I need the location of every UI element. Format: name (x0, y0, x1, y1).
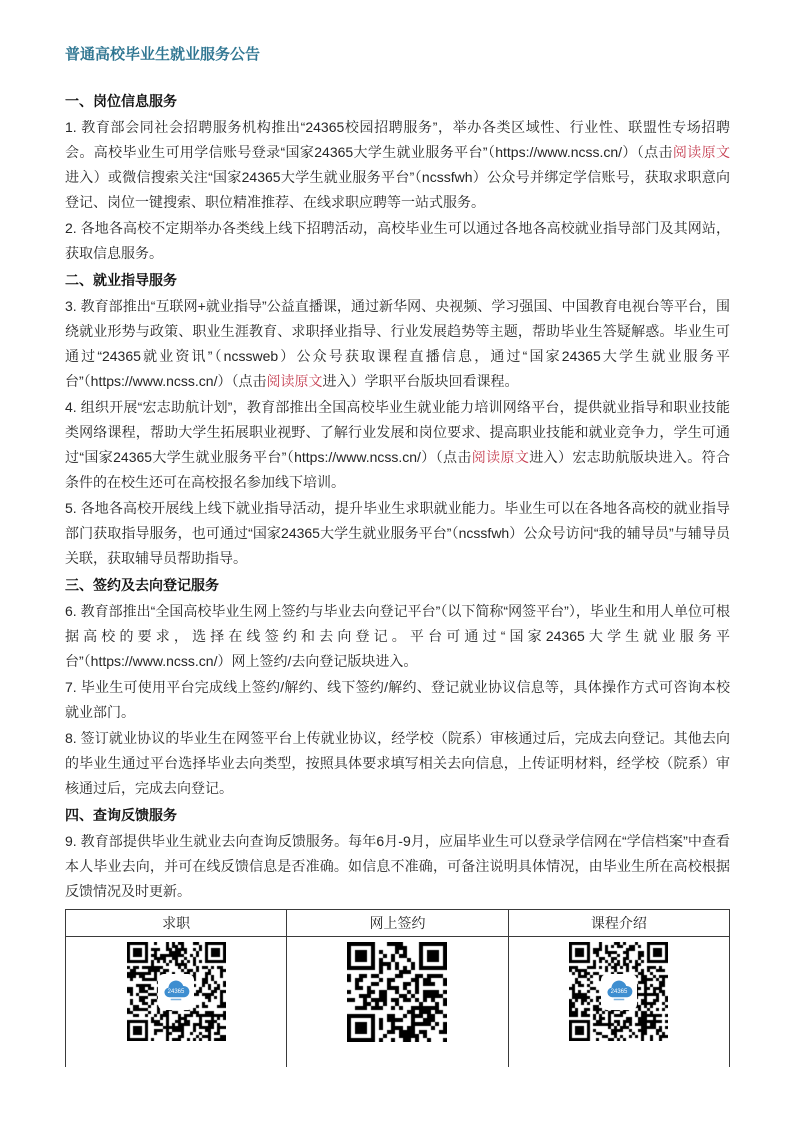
text-run: 2. 各地各高校不定期举办各类线上线下招聘活动，高校毕业生可以通过各地各高校就业… (65, 220, 730, 261)
qr-table: 求职网上签约课程介绍 2436524365 (65, 909, 730, 1067)
qr-table-header-online-signing: 网上签约 (287, 910, 508, 937)
qr-table-body: 2436524365 (66, 937, 730, 1068)
qr-table-header-row: 求职网上签约课程介绍 (66, 910, 730, 937)
paragraph: 6. 教育部推出“全国高校毕业生网上签约与毕业去向登记平台”（以下简称“网签平台… (65, 599, 730, 674)
qr-code-course-intro: 24365 (569, 942, 668, 1041)
section-heading: 一、岗位信息服务 (65, 89, 730, 114)
read-original-link[interactable]: 阅读原文 (472, 449, 529, 465)
paragraph: 9. 教育部提供毕业生就业去向查询反馈服务。每年6月-9月，应届毕业生可以登录学… (65, 829, 730, 904)
section-heading: 四、查询反馈服务 (65, 803, 730, 828)
logo-24365-cloud-icon: 24365 (601, 974, 637, 1010)
paragraph: 7. 毕业生可使用平台完成线上签约/解约、线下签约/解约、登记就业协议信息等，具… (65, 675, 730, 725)
read-original-link[interactable]: 阅读原文 (266, 373, 322, 389)
text-run: 9. 教育部提供毕业生就业去向查询反馈服务。每年6月-9月，应届毕业生可以登录学… (65, 833, 730, 899)
qr-table-head: 求职网上签约课程介绍 (66, 910, 730, 937)
logo-24365-cloud-icon: 24365 (158, 974, 194, 1010)
text-run: 进入）或微信搜索关注“国家24365大学生就业服务平台”（ncssfwh）公众号… (65, 169, 730, 210)
qr-cell-job-seeking: 24365 (66, 937, 287, 1068)
qr-code-job-seeking: 24365 (127, 942, 226, 1041)
paragraph: 3. 教育部推出“互联网+就业指导”公益直播课，通过新华网、央视频、学习强国、中… (65, 294, 730, 394)
document-body: 一、岗位信息服务1. 教育部会同社会招聘服务机构推出“24365校园招聘服务”，… (65, 89, 730, 904)
text-run: 1. 教育部会同社会招聘服务机构推出“24365校园招聘服务”，举办各类区域性、… (65, 119, 730, 160)
text-run: 6. 教育部推出“全国高校毕业生网上签约与毕业去向登记平台”（以下简称“网签平台… (65, 603, 730, 669)
document-page: 普通高校毕业生就业服务公告 一、岗位信息服务1. 教育部会同社会招聘服务机构推出… (0, 0, 794, 1123)
text-run: 5. 各地各高校开展线上线下就业指导活动，提升毕业生求职就业能力。毕业生可以在各… (65, 500, 730, 566)
qr-cell-online-signing (287, 937, 508, 1068)
paragraph: 8. 签订就业协议的毕业生在网签平台上传就业协议，经学校（院系）审核通过后，完成… (65, 726, 730, 801)
section-heading: 三、签约及去向登记服务 (65, 573, 730, 598)
document-title: 普通高校毕业生就业服务公告 (65, 46, 730, 63)
qr-code-canvas-online-signing (347, 942, 447, 1042)
read-original-link[interactable]: 阅读原文 (673, 144, 730, 160)
paragraph: 1. 教育部会同社会招聘服务机构推出“24365校园招聘服务”，举办各类区域性、… (65, 115, 730, 215)
qr-code-online-signing (347, 942, 447, 1042)
qr-table-header-job-seeking: 求职 (66, 910, 287, 937)
paragraph: 2. 各地各高校不定期举办各类线上线下招聘活动，高校毕业生可以通过各地各高校就业… (65, 216, 730, 266)
paragraph: 5. 各地各高校开展线上线下就业指导活动，提升毕业生求职就业能力。毕业生可以在各… (65, 496, 730, 571)
section-heading: 二、就业指导服务 (65, 268, 730, 293)
svg-text:24365: 24365 (610, 988, 627, 994)
text-run: 进入）学职平台版块回看课程。 (322, 373, 518, 389)
qr-table-qr-row: 2436524365 (66, 937, 730, 1068)
qr-table-header-course-intro: 课程介绍 (508, 910, 729, 937)
paragraph: 4. 组织开展“宏志助航计划”，教育部推出全国高校毕业生就业能力培训网络平台，提… (65, 395, 730, 495)
qr-cell-course-intro: 24365 (508, 937, 729, 1068)
text-run: 8. 签订就业协议的毕业生在网签平台上传就业协议，经学校（院系）审核通过后，完成… (65, 730, 730, 796)
text-run: 7. 毕业生可使用平台完成线上签约/解约、线下签约/解约、登记就业协议信息等，具… (65, 679, 730, 720)
svg-text:24365: 24365 (168, 988, 185, 994)
